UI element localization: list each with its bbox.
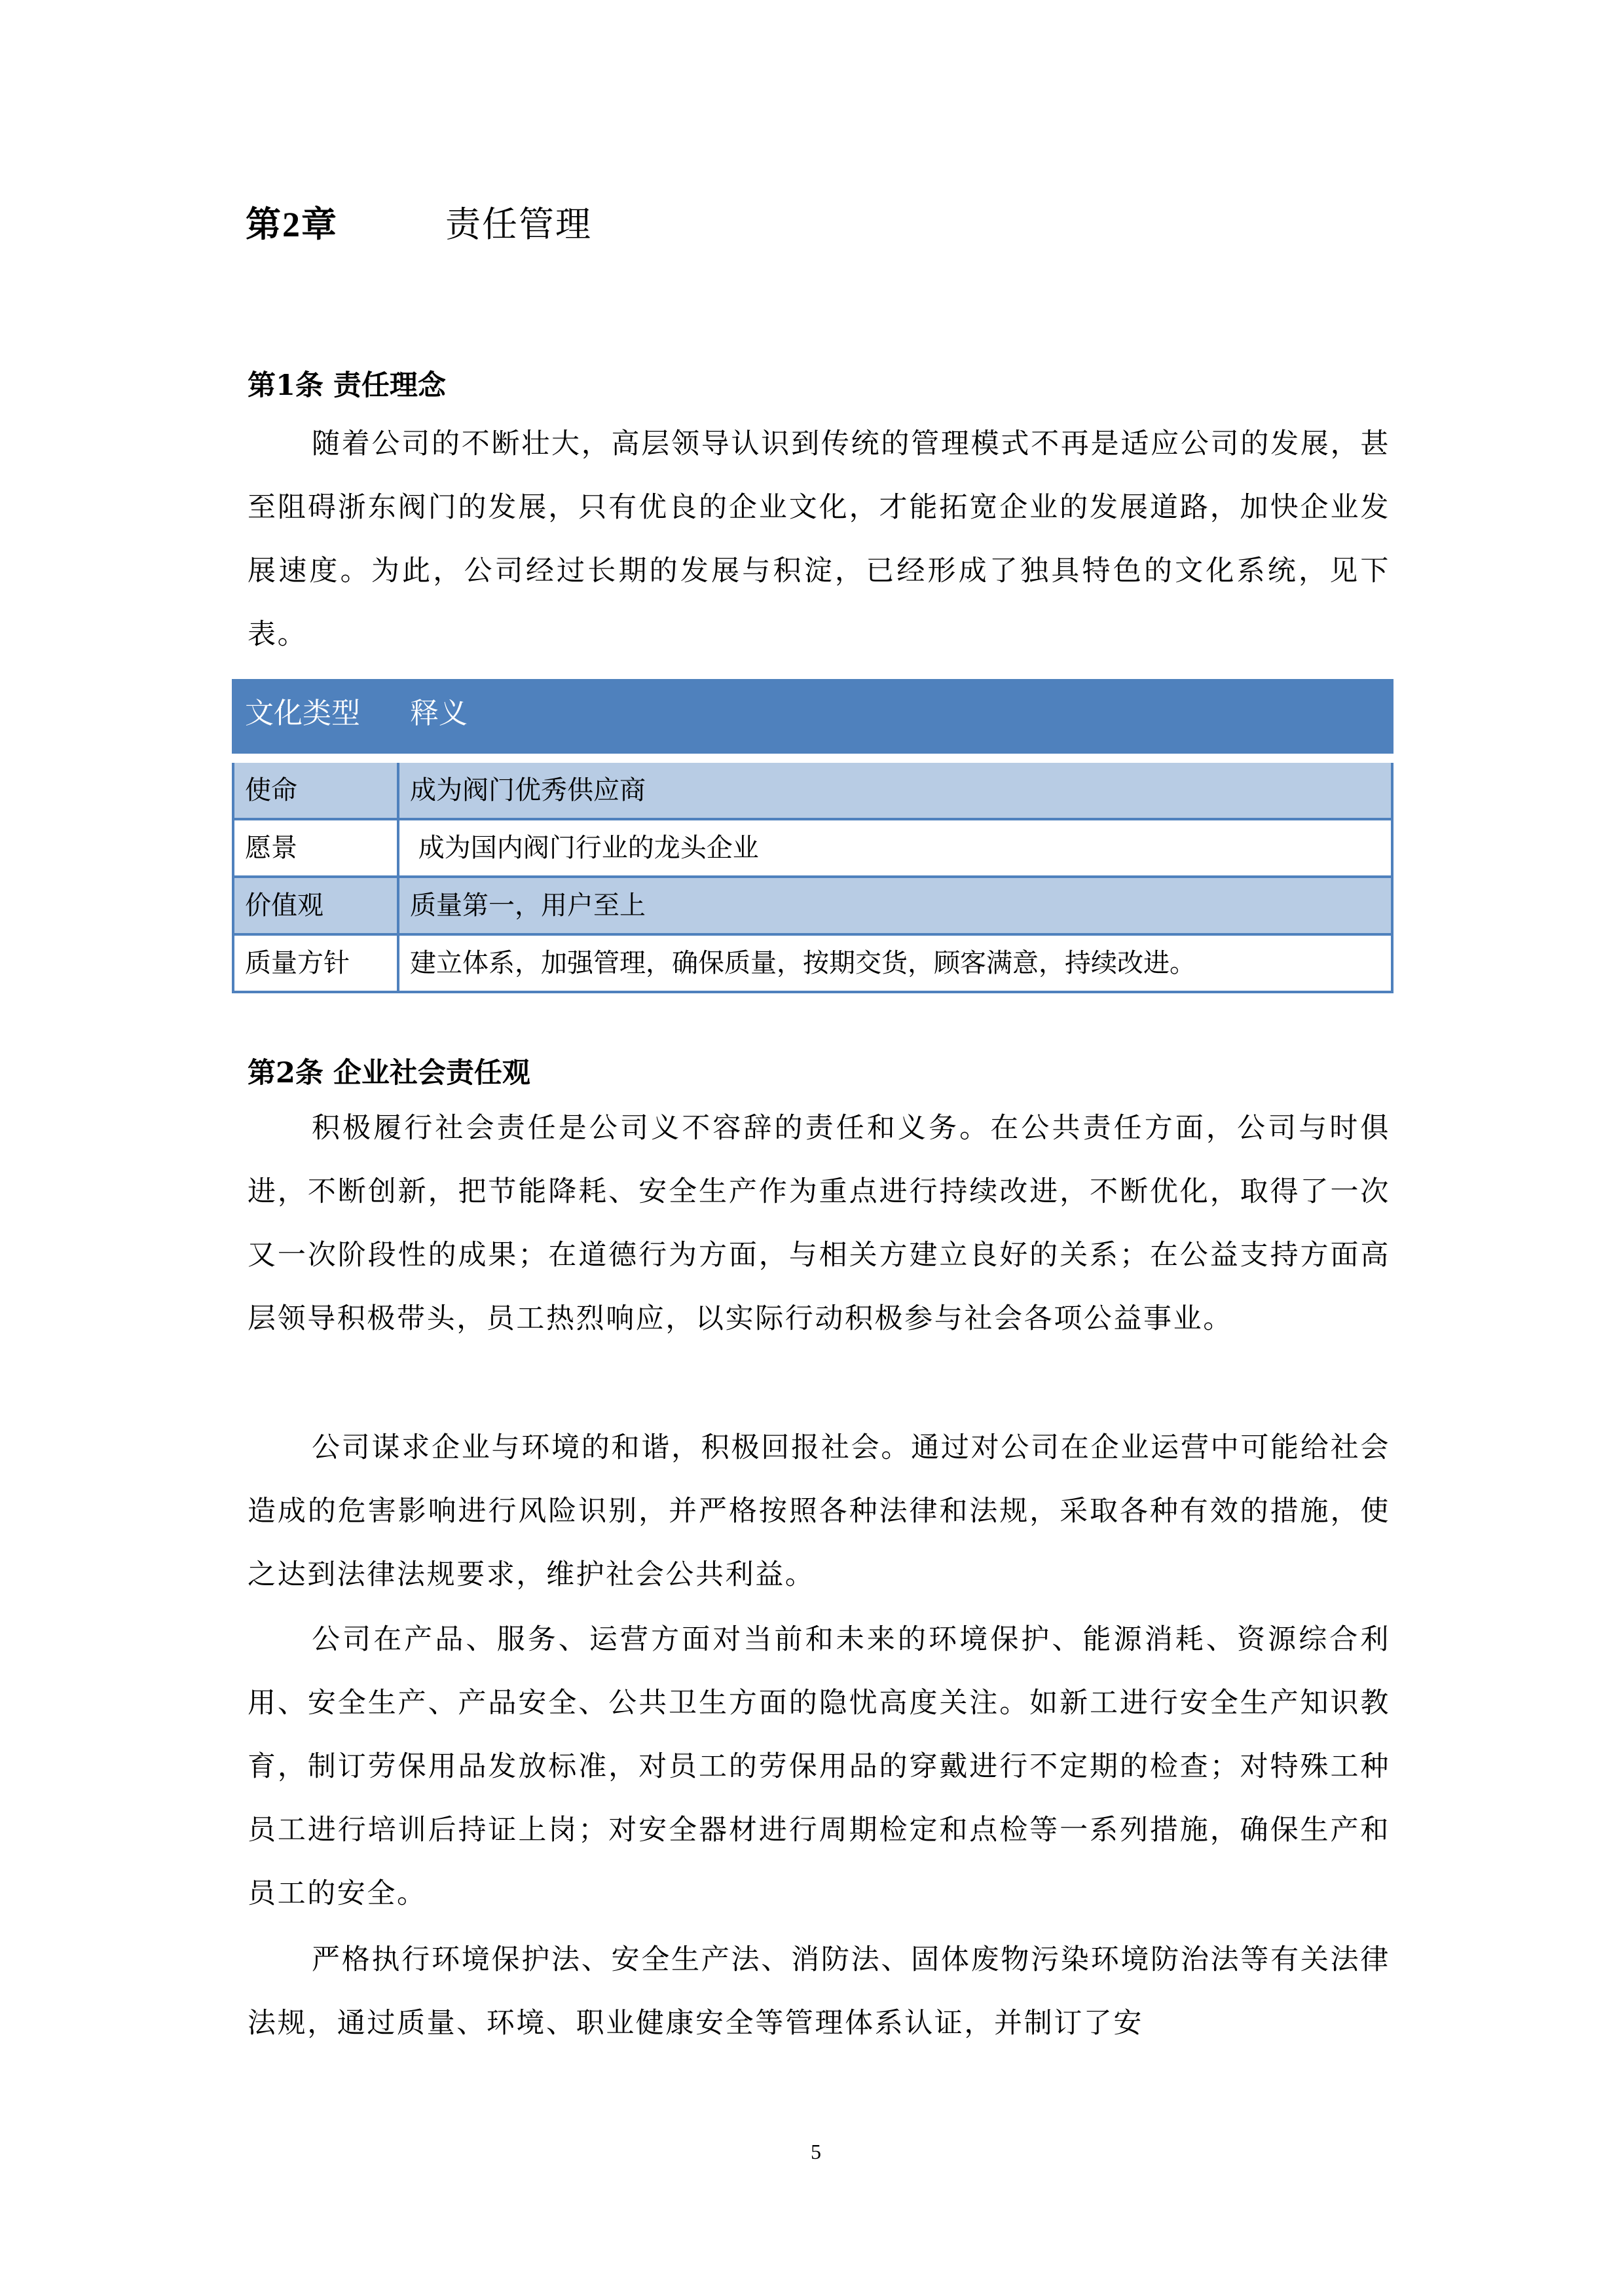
table-row: 愿景 成为国内阀门行业的龙头企业 xyxy=(233,819,1392,877)
article-2-paragraph-2: 公司谋求企业与环境的和谐，积极回报社会。通过对公司在企业运营中可能给社会造成的危… xyxy=(248,1416,1390,1607)
cell-type: 质量方针 xyxy=(233,934,398,992)
document-page: 第2章责任管理 第1条 责任理念 随着公司的不断壮大，高层领导认识到传统的管理模… xyxy=(0,0,1624,2295)
culture-table: 文化类型 释义 使命 成为阀门优秀供应商 愿景 成为国内阀门行业的龙头企业 价值… xyxy=(232,679,1393,993)
cell-definition: 成为国内阀门行业的龙头企业 xyxy=(398,819,1392,877)
table-row: 价值观 质量第一，用户至上 xyxy=(233,877,1392,934)
table-row: 使命 成为阀门优秀供应商 xyxy=(233,758,1392,819)
chapter-suffix: 章 xyxy=(301,203,338,245)
article-1-title: 第1条 责任理念 xyxy=(248,363,446,403)
article-2-paragraph-1: 积极履行社会责任是公司义不容辞的责任和义务。在公共责任方面，公司与时俱进，不断创… xyxy=(248,1097,1390,1351)
page-number: 5 xyxy=(811,2140,821,2164)
article-2-paragraph-3: 公司在产品、服务、运营方面对当前和未来的环境保护、能源消耗、资源综合利用、安全生… xyxy=(248,1608,1390,1926)
article-2-title: 第2条 企业社会责任观 xyxy=(248,1051,530,1091)
table-header-row: 文化类型 释义 xyxy=(233,680,1392,758)
cell-definition: 建立体系，加强管理，确保质量，按期交货，顾客满意，持续改进。 xyxy=(398,934,1392,992)
chapter-title: 责任管理 xyxy=(445,196,592,247)
header-definition: 释义 xyxy=(398,680,1392,758)
header-culture-type: 文化类型 xyxy=(233,680,398,758)
article-1-paragraph: 随着公司的不断壮大，高层领导认识到传统的管理模式不再是适应公司的发展，甚至阻碍浙… xyxy=(248,413,1390,667)
cell-definition: 质量第一，用户至上 xyxy=(398,877,1392,934)
table-row: 质量方针 建立体系，加强管理，确保质量，按期交货，顾客满意，持续改进。 xyxy=(233,934,1392,992)
cell-type: 愿景 xyxy=(233,819,398,877)
chapter-prefix: 第 xyxy=(246,203,282,245)
article-2-paragraph-4: 严格执行环境保护法、安全生产法、消防法、固体废物污染环境防治法等有关法律法规，通… xyxy=(248,1928,1390,2055)
cell-definition: 成为阀门优秀供应商 xyxy=(398,758,1392,819)
cell-type: 价值观 xyxy=(233,877,398,934)
cell-type: 使命 xyxy=(233,758,398,819)
chapter-heading: 第2章责任管理 xyxy=(246,196,338,247)
chapter-number: 2 xyxy=(282,205,301,244)
